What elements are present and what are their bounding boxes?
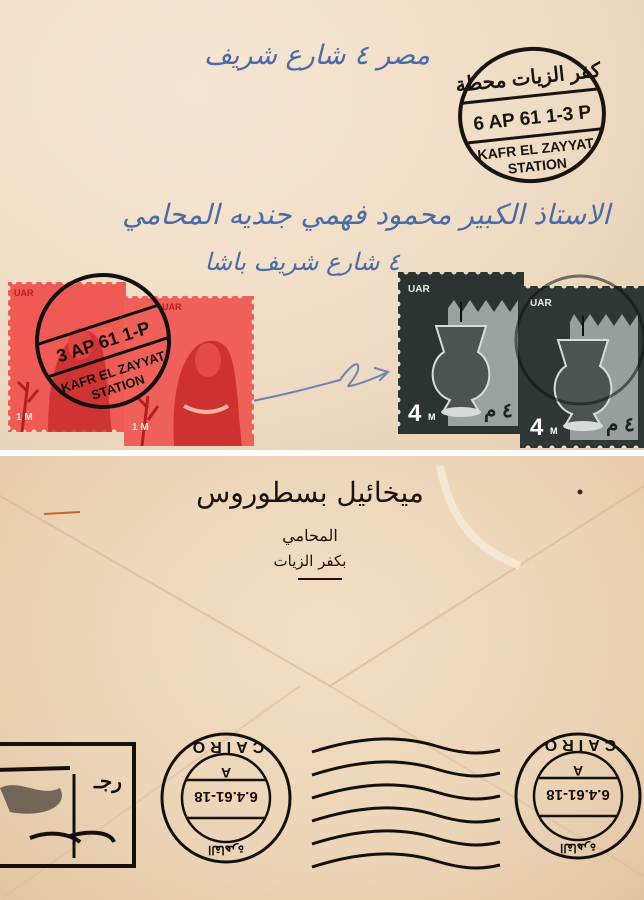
envelope-back: ميخائيل بسطوروس المحامي بكفر الزيات رجـ …	[0, 456, 644, 900]
sender-underline	[298, 578, 342, 580]
stamp-arabic-value: ٤ م	[606, 412, 635, 437]
wavy-cancellation-lines	[306, 732, 506, 882]
stamp-value: 1 M	[132, 422, 149, 433]
svg-text:CAIRO: CAIRO	[188, 738, 265, 755]
svg-text:6.4.61-18: 6.4.61-18	[194, 788, 257, 805]
box-cancellation: رجـ	[0, 738, 140, 872]
svg-text:القاهرة: القاهرة	[560, 840, 596, 855]
svg-text:6.4.61-18: 6.4.61-18	[546, 786, 609, 803]
faint-postmark-dark-stamps	[500, 262, 644, 412]
stamp-value: 4	[408, 400, 421, 428]
handwritten-flourish	[240, 358, 390, 408]
cairo-postmark-2: 6.4.61-18 A CAIRO القاهرة	[508, 726, 644, 866]
svg-text:رجـ: رجـ	[93, 771, 122, 794]
sender-city: بكفر الزيات	[240, 552, 380, 570]
sender-title: المحامي	[260, 526, 360, 545]
envelope-front: مصر ٤ شارع شريف الاستاذ الكبير محمود فهم…	[0, 0, 644, 450]
stamp-value: 4	[530, 414, 543, 442]
svg-text:6 AP 61 1-3 P: 6 AP 61 1-3 P	[472, 102, 592, 135]
kafr-el-zayyat-postmark-stamps: 3 AP 61 1-P KAFR EL ZAYYAT STATION	[28, 266, 178, 416]
sender-name: ميخائيل بسطوروس	[160, 476, 460, 509]
stamp-unit: M	[550, 426, 558, 436]
svg-text:CAIRO: CAIRO	[540, 736, 617, 753]
handwritten-return-address: مصر ٤ شارع شريف	[30, 40, 430, 71]
handwritten-addressee-name: الاستاذ الكبير محمود فهمي جنديه المحامي	[40, 198, 610, 231]
stamp-unit: M	[428, 412, 436, 422]
svg-text:A: A	[221, 765, 231, 781]
cairo-postmark-1: 6.4.61-18 A CAIRO القاهرة	[156, 728, 296, 868]
kafr-el-zayyat-postmark-top: كفر الزيات محطة 6 AP 61 1-3 P KAFR EL ZA…	[452, 40, 612, 190]
svg-text:A: A	[573, 763, 583, 779]
stamp-country: UAR	[408, 284, 430, 295]
svg-text:القاهرة: القاهرة	[208, 842, 244, 857]
